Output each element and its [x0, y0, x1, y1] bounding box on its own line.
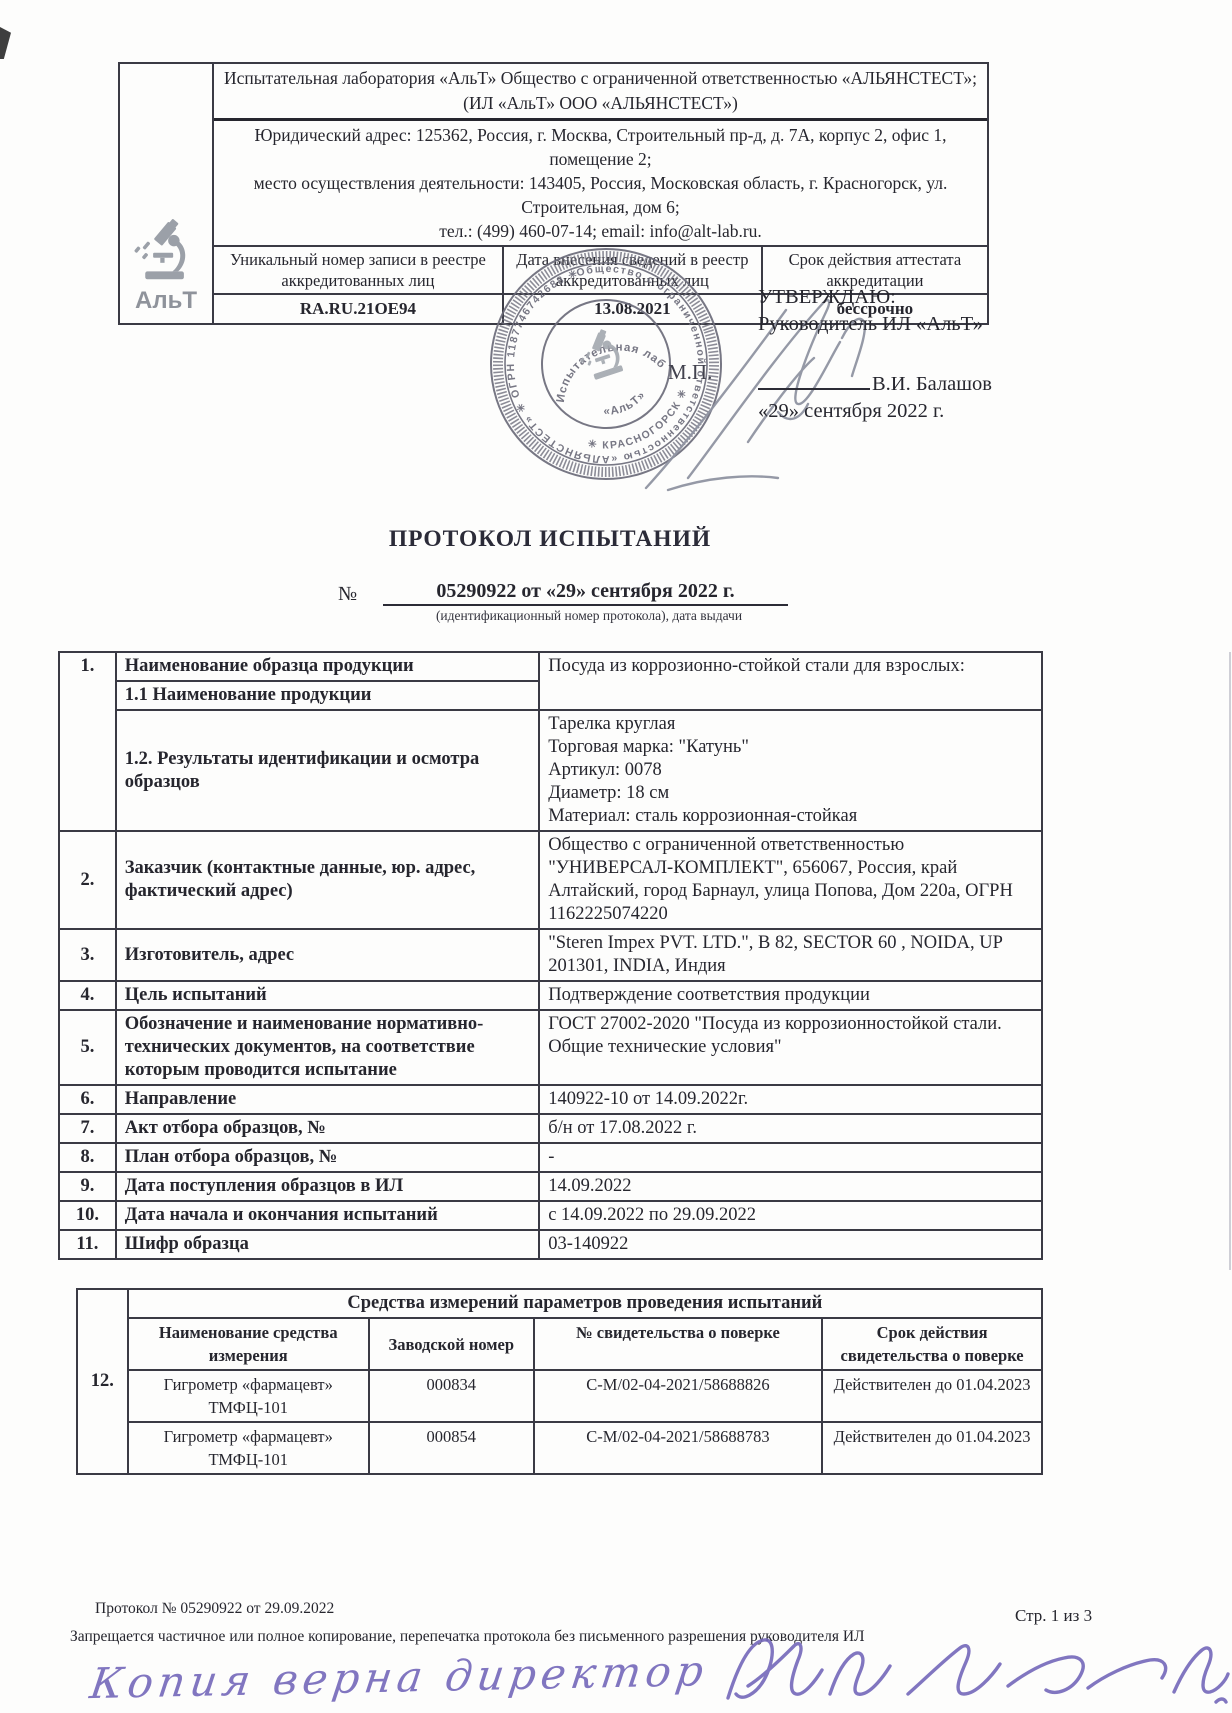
protocol-document-page: АльТ Испытательная лаборатория «АльТ» Об… — [0, 0, 1232, 1713]
acc-number-value: RA.RU.21ОЕ94 — [214, 295, 504, 323]
document-title: ПРОТОКОЛ ИСПЫТАНИЙ — [0, 526, 1100, 553]
row-value: Общество с ограниченной ответственностью… — [539, 831, 1042, 929]
col-header-valid: Срок действия свидетельства о поверке — [822, 1318, 1042, 1370]
instruments-table: 12. Средства измерений параметров провед… — [76, 1288, 1043, 1475]
table-row: Гигрометр «фармацевт» ТМФЦ-101 000834 С-… — [77, 1370, 1042, 1422]
table-row: Наименование средства измерения Заводско… — [77, 1318, 1042, 1370]
table-row: 10. Дата начала и окончания испытаний с … — [59, 1201, 1042, 1230]
row1-value-c: Тарелка круглая Торговая марка: "Катунь"… — [539, 710, 1042, 831]
lab-logo: АльТ — [120, 64, 214, 323]
table-row: 1. Наименование образца продукции Посуда… — [59, 652, 1042, 681]
approver-name: В.И. Балашов — [872, 373, 992, 395]
approver-signature-row: В.И. Балашов — [758, 368, 1078, 398]
row-value: ГОСТ 27002-2020 "Посуда из коррозионност… — [539, 1010, 1042, 1085]
row-label: Дата начала и окончания испытаний — [116, 1201, 539, 1230]
table-row: 1.2. Результаты идентификации и осмотра … — [59, 710, 1042, 831]
approve-label: УТВЕРЖДАЮ: — [758, 284, 1078, 311]
approval-block: УТВЕРЖДАЮ: Руководитель ИЛ «АльТ» В.И. Б… — [758, 284, 1078, 425]
table-row: 5. Обозначение и наименование нормативно… — [59, 1010, 1042, 1085]
table-row: 12. Средства измерений параметров провед… — [77, 1289, 1042, 1318]
row1-label-b: 1.1 Наименование продукции — [116, 681, 539, 710]
row-label: Дата поступления образцов в ИЛ — [116, 1172, 539, 1201]
row-number: 8. — [59, 1143, 116, 1172]
instruments-table-title: Средства измерений параметров проведения… — [128, 1289, 1042, 1318]
organization-address: Юридический адрес: 125362, Россия, г. Мо… — [214, 121, 987, 247]
row-value: с 14.09.2022 по 29.09.2022 — [539, 1201, 1042, 1230]
col-header-name: Наименование средства измерения — [128, 1318, 369, 1370]
protocol-number-block: № 05290922 от «29» сентября 2022 г. (иде… — [338, 580, 788, 624]
row-label: Направление — [116, 1085, 539, 1114]
handwritten-text: Копия верна директор — [88, 1646, 711, 1708]
handwritten-signature-scribble — [728, 1640, 1228, 1702]
row-number: 5. — [59, 1010, 116, 1085]
col-header-serial: Заводской номер — [369, 1318, 534, 1370]
instrument-name: Гигрометр «фармацевт» ТМФЦ-101 — [128, 1422, 369, 1474]
table-row: 9. Дата поступления образцов в ИЛ 14.09.… — [59, 1172, 1042, 1201]
row-number: 2. — [59, 831, 116, 929]
row-label: Шифр образца — [116, 1230, 539, 1259]
table-row: 6. Направление 140922-10 от 14.09.2022г. — [59, 1085, 1042, 1114]
footer-protocol-reference: Протокол № 05290922 от 29.09.2022 — [95, 1600, 334, 1618]
instrument-serial: 000854 — [369, 1422, 534, 1474]
table-row: 4. Цель испытаний Подтверждение соответс… — [59, 981, 1042, 1010]
scan-edge-line — [1229, 652, 1231, 1270]
number-caption: (идентификационный номер протокола), дат… — [390, 608, 788, 624]
row-value: 03-140922 — [539, 1230, 1042, 1259]
row-label: Заказчик (контактные данные, юр. адрес, … — [116, 831, 539, 929]
protocol-number: 05290922 от «29» сентября 2022 г. — [383, 580, 788, 606]
table-row: 2. Заказчик (контактные данные, юр. адре… — [59, 831, 1042, 929]
logo-text: АльТ — [135, 287, 197, 315]
instrument-validity: Действителен до 01.04.2023 — [822, 1422, 1042, 1474]
row-number: 11. — [59, 1230, 116, 1259]
main-info-table: 1. Наименование образца продукции Посуда… — [58, 651, 1043, 1260]
approver-role: Руководитель ИЛ «АльТ» — [758, 311, 1078, 338]
row-label: Изготовитель, адрес — [116, 929, 539, 981]
row1-label-c: 1.2. Результаты идентификации и осмотра … — [116, 710, 539, 831]
instrument-serial: 000834 — [369, 1370, 534, 1422]
instrument-validity: Действителен до 01.04.2023 — [822, 1370, 1042, 1422]
row1-label-a: Наименование образца продукции — [116, 652, 539, 681]
row-label: Обозначение и наименование нормативно-те… — [116, 1010, 539, 1085]
row-label: Цель испытаний — [116, 981, 539, 1010]
row-value: б/н от 17.08.2022 г. — [539, 1114, 1042, 1143]
approval-date: «29» сентября 2022 г. — [758, 398, 1078, 425]
row-value: Подтверждение соответствия продукции — [539, 981, 1042, 1010]
number-sign: № — [338, 583, 383, 606]
instrument-name: Гигрометр «фармацевт» ТМФЦ-101 — [128, 1370, 369, 1422]
table-row: 7. Акт отбора образцов, № б/н от 17.08.2… — [59, 1114, 1042, 1143]
row-number: 4. — [59, 981, 116, 1010]
table-row: 3. Изготовитель, адрес "Steren Impex PVT… — [59, 929, 1042, 981]
organization-name: Испытательная лаборатория «АльТ» Обществ… — [214, 64, 987, 121]
row-value: "Steren Impex PVT. LTD.", B 82, SECTOR 6… — [539, 929, 1042, 981]
table-row: 11. Шифр образца 03-140922 — [59, 1230, 1042, 1259]
row-label: План отбора образцов, № — [116, 1143, 539, 1172]
row-number: 6. — [59, 1085, 116, 1114]
table-row: 8. План отбора образцов, № - — [59, 1143, 1042, 1172]
acc-col1-header: Уникальный номер записи в реестре аккред… — [214, 247, 504, 295]
row-number: 10. — [59, 1201, 116, 1230]
row-number: 7. — [59, 1114, 116, 1143]
scan-artifact — [0, 27, 11, 59]
microscope-icon — [133, 217, 199, 285]
row-value: - — [539, 1143, 1042, 1172]
row-label: Акт отбора образцов, № — [116, 1114, 539, 1143]
page-indicator: Стр. 1 из 3 — [1015, 1606, 1092, 1626]
row-number: 9. — [59, 1172, 116, 1201]
handwritten-certification: Копия верна директор — [88, 1636, 1232, 1713]
signature-line — [758, 368, 870, 390]
row1-number: 1. — [59, 652, 116, 831]
table-row: Гигрометр «фармацевт» ТМФЦ-101 000854 С-… — [77, 1422, 1042, 1474]
row1-value-ab: Посуда из коррозионно-стойкой стали для … — [539, 652, 1042, 710]
instrument-cert: С-М/02-04-2021/58688826 — [534, 1370, 822, 1422]
instrument-cert: С-М/02-04-2021/58688783 — [534, 1422, 822, 1474]
col-header-cert: № свидетельства о поверке — [534, 1318, 822, 1370]
row-value: 14.09.2022 — [539, 1172, 1042, 1201]
stamp-place-mark: М.П. — [668, 360, 712, 385]
row-number: 3. — [59, 929, 116, 981]
row-value: 140922-10 от 14.09.2022г. — [539, 1085, 1042, 1114]
instruments-row-number: 12. — [77, 1289, 128, 1474]
